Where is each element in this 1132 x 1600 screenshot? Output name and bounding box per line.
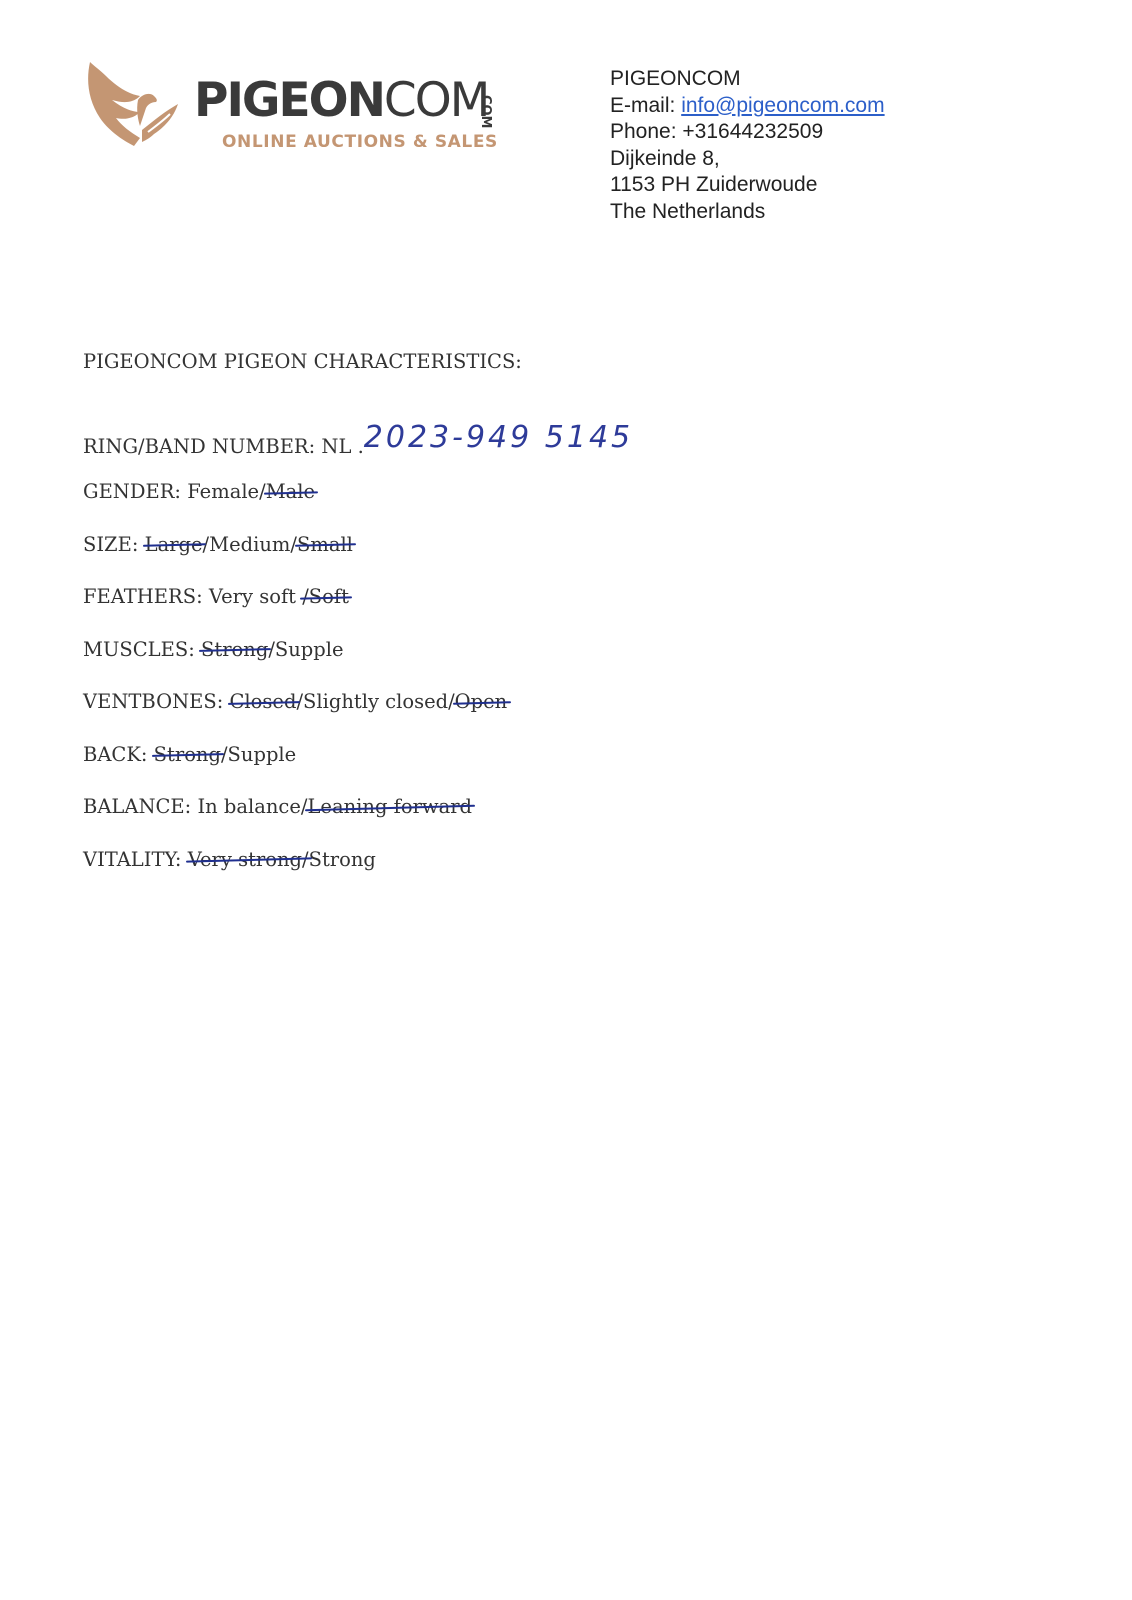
struck-option: Open: [455, 690, 508, 713]
address-line-1: Dijkeinde 8,: [610, 146, 885, 173]
characteristic-row-size: SIZE: Large/Medium/Small: [83, 533, 353, 556]
characteristic-label: VITALITY:: [83, 848, 188, 871]
characteristic-label: SIZE:: [83, 533, 145, 556]
characteristic-label: VENTBONES:: [83, 690, 230, 713]
characteristic-label: MUSCLES:: [83, 638, 201, 661]
struck-option: Strong: [154, 743, 221, 766]
characteristic-row-ventbones: VENTBONES: Closed/Slightly closed/Open: [83, 690, 507, 713]
ring-number-label: RING/BAND NUMBER: NL .: [83, 435, 364, 458]
selected-option: /Slightly closed/: [296, 690, 454, 713]
selected-option: Female: [187, 480, 259, 503]
email-label: E-mail:: [610, 94, 681, 117]
struck-option: Strong: [201, 638, 268, 661]
email-link[interactable]: info@pigeoncom.com: [681, 94, 884, 117]
address-line-2: 1153 PH Zuiderwoude: [610, 172, 885, 199]
selected-option: Very soft: [209, 585, 302, 608]
characteristic-label: BALANCE:: [83, 795, 197, 818]
country-line: The Netherlands: [610, 199, 885, 226]
ring-number-row: RING/BAND NUMBER: NL .2023-949 5145: [83, 426, 633, 461]
company-name: PIGEONCOM: [610, 66, 885, 93]
selected-option: /Supple: [221, 743, 296, 766]
characteristic-label: BACK:: [83, 743, 154, 766]
selected-option: /: [259, 480, 266, 503]
contact-block: PIGEONCOM E-mail: info@pigeoncom.com Pho…: [610, 66, 885, 225]
pigeoncom-logo: PIGEONCOM .COM ONLINE AUCTIONS & SALES: [82, 60, 522, 160]
characteristic-label: FEATHERS:: [83, 585, 209, 608]
struck-option: Closed: [230, 690, 297, 713]
selected-option: /Medium/: [203, 533, 297, 556]
pigeon-wings-icon: [82, 60, 182, 152]
struck-option: Small: [297, 533, 353, 556]
characteristic-row-balance: BALANCE: In balance/Leaning forward: [83, 795, 472, 818]
ring-number-handwritten: 2023-949 5145: [364, 420, 633, 455]
characteristic-row-vitality: VITALITY: Very strong/Strong: [83, 848, 376, 871]
email-line: E-mail: info@pigeoncom.com: [610, 93, 885, 120]
characteristic-row-muscles: MUSCLES: Strong/Supple: [83, 638, 344, 661]
struck-option: Leaning forward: [307, 795, 472, 818]
selected-option: Strong: [309, 848, 376, 871]
characteristic-row-feathers: FEATHERS: Very soft /Soft: [83, 585, 349, 608]
selected-option: In balance/: [197, 795, 307, 818]
form-title: PIGEONCOM PIGEON CHARACTERISTICS:: [83, 350, 522, 373]
selected-option: /Supple: [268, 638, 343, 661]
characteristic-row-back: BACK: Strong/Supple: [83, 743, 296, 766]
characteristic-row-gender: GENDER: Female/Male: [83, 480, 315, 503]
struck-option: Large: [145, 533, 203, 556]
logo-word-light: COM: [384, 73, 488, 128]
characteristic-label: GENDER:: [83, 480, 187, 503]
logo-suffix: .COM: [478, 90, 493, 128]
struck-option: Very strong/: [188, 848, 309, 871]
logo-tagline: ONLINE AUCTIONS & SALES: [222, 132, 498, 152]
struck-option: /Soft: [302, 585, 349, 608]
logo-wordmark: PIGEONCOM: [194, 76, 488, 126]
phone-line: Phone: +31644232509: [610, 119, 885, 146]
struck-option: Male: [266, 480, 315, 503]
logo-word-bold: PIGEON: [194, 73, 384, 128]
